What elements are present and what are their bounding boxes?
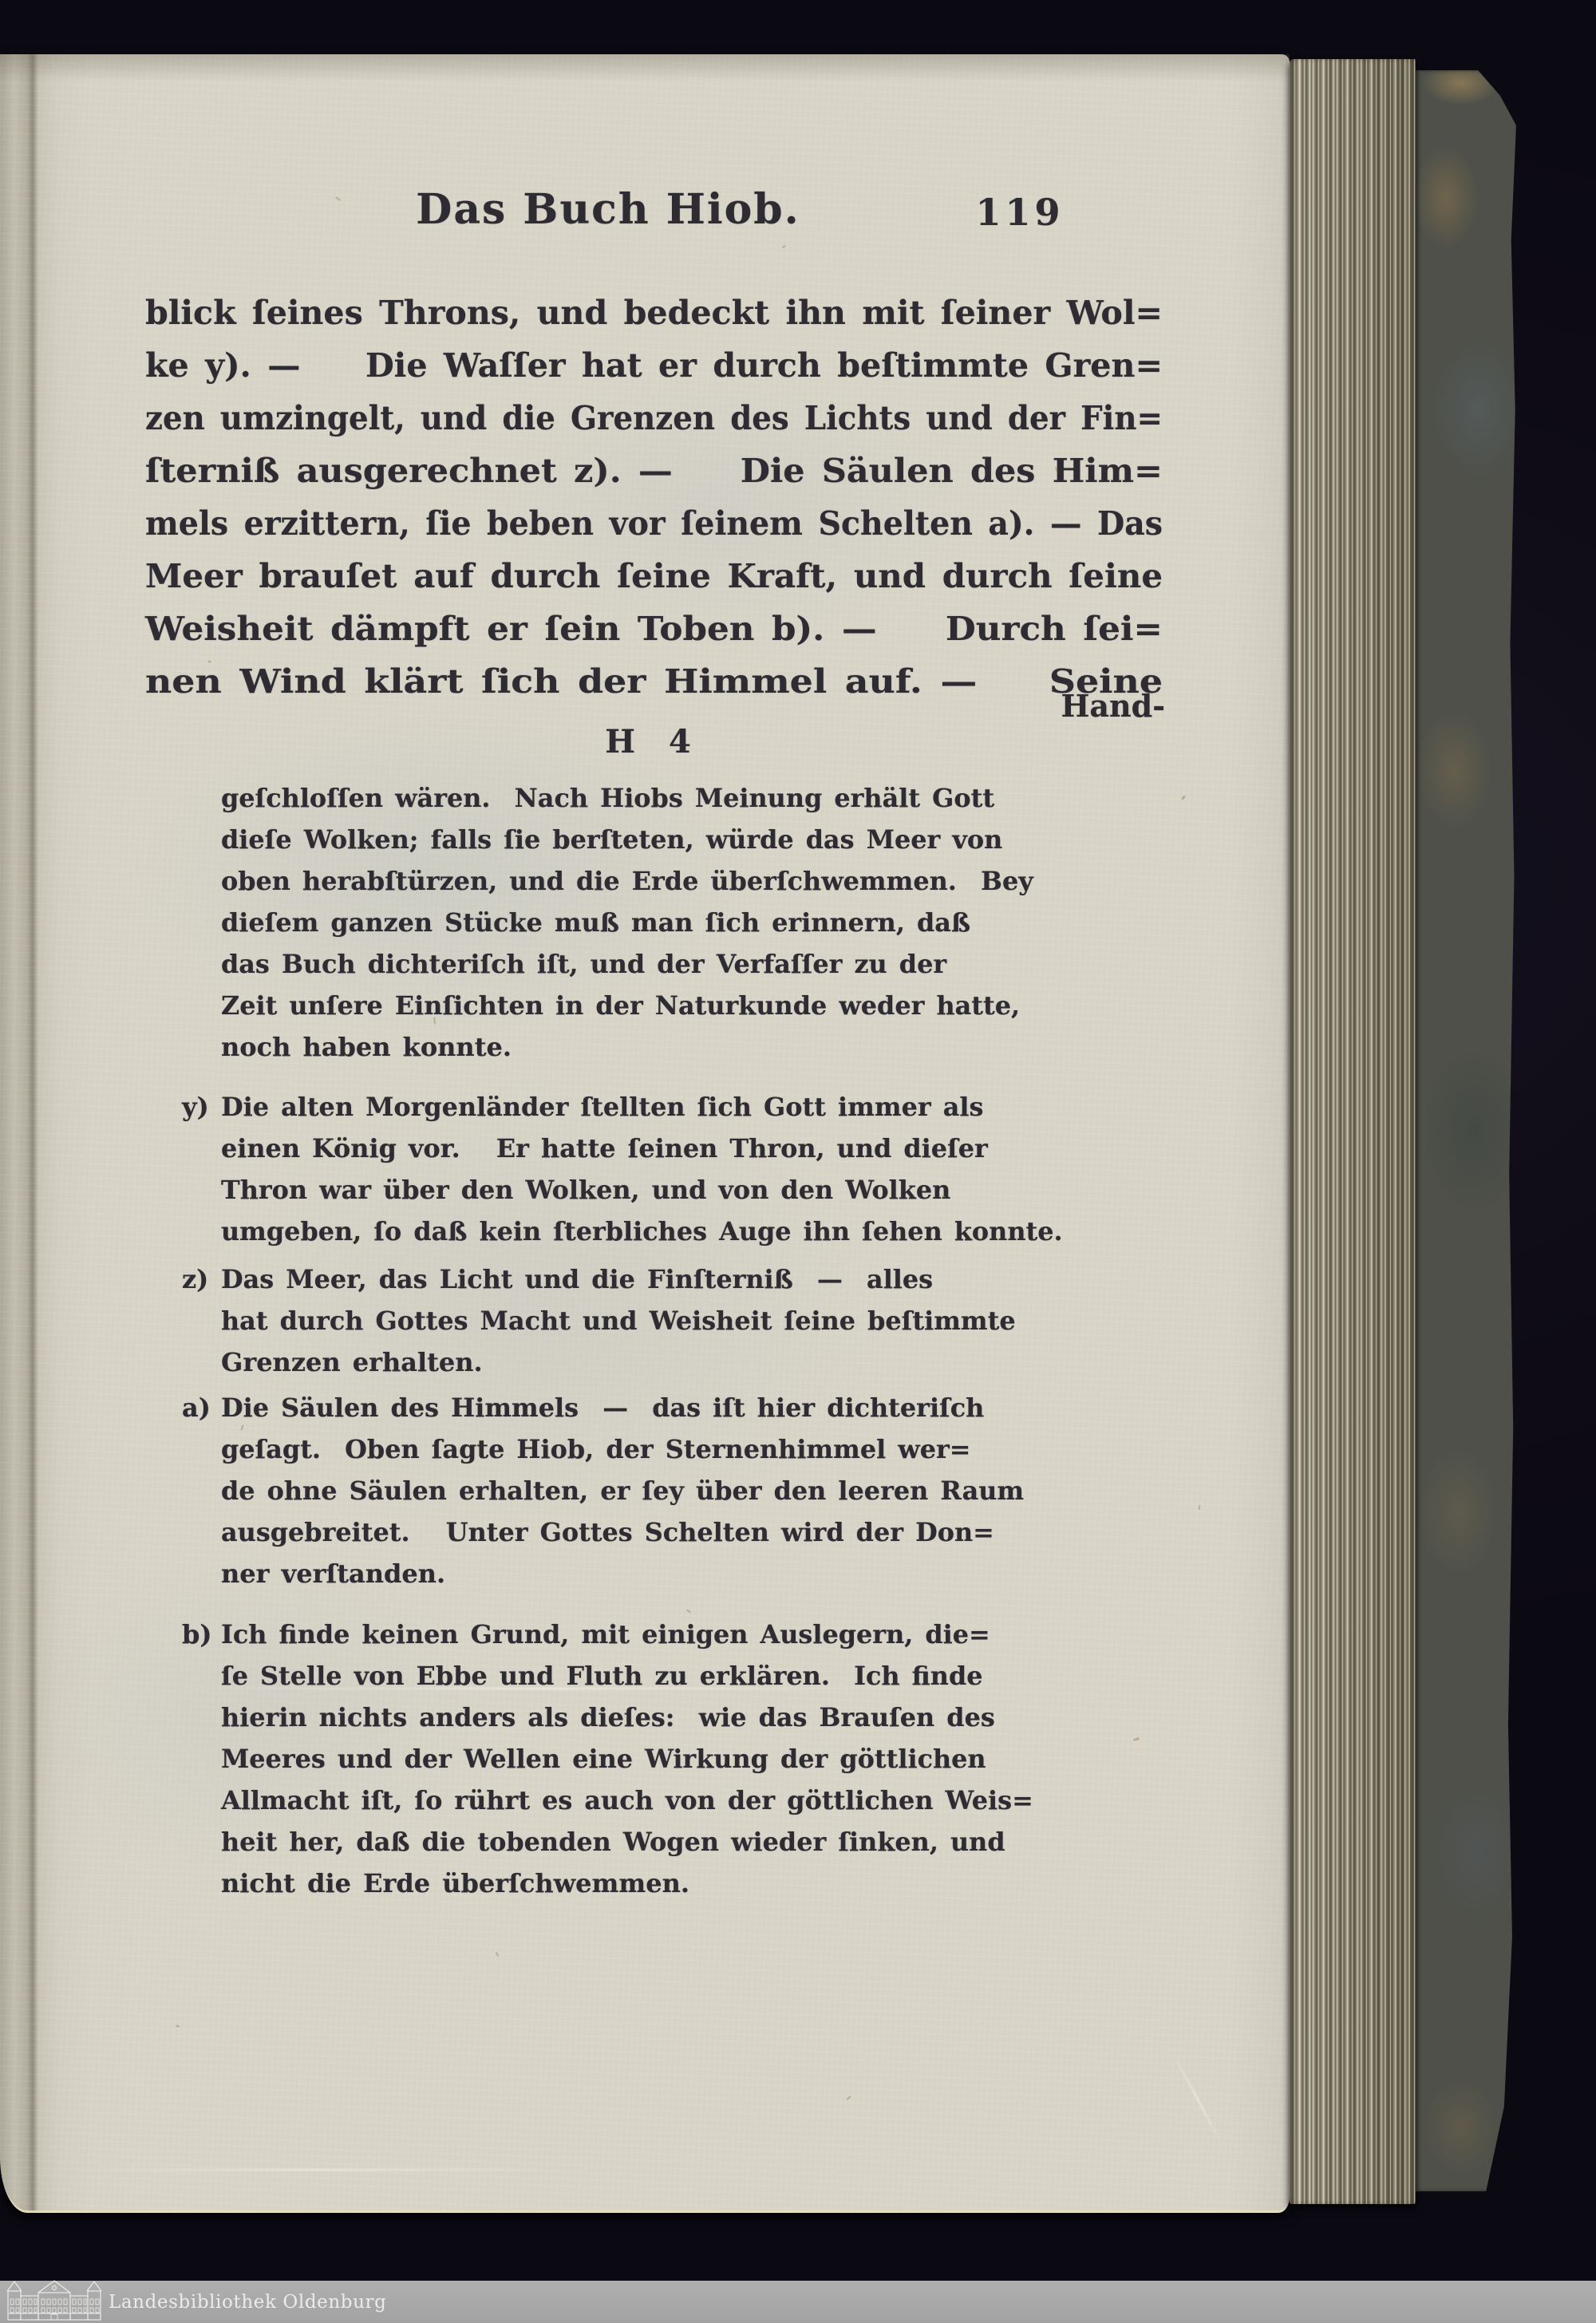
text-line: zen umzingelt, und die Grenzen des Licht… bbox=[145, 392, 1163, 444]
footnote-line: oben herabſtürzen, und die Erde überſchw… bbox=[221, 860, 1163, 902]
text-line: blick ſeines Throns, und bedeckt ihn mit… bbox=[145, 286, 1163, 339]
footnote-line: Das Meer, das Licht und die Finſterniß —… bbox=[221, 1258, 1163, 1300]
footnote-line: Die alten Morgenländer ſtellten ſich Got… bbox=[221, 1086, 1163, 1128]
footnote-line: dieſem ganzen Stücke muß man ſich erinne… bbox=[221, 902, 1163, 943]
footnote-line: ausgebreitet. Unter Gottes Schelten wird… bbox=[221, 1511, 1163, 1553]
footnote-y: Die alten Morgenländer ſtellten ſich Got… bbox=[221, 1086, 1167, 1252]
footnote-line: geſagt. Oben ſagte Hiob, der Sternenhimm… bbox=[221, 1428, 1163, 1470]
footnote-line: geſchloſſen wären. Nach Hiobs Meinung er… bbox=[221, 777, 1163, 819]
footnote-line: Grenzen erhalten. bbox=[221, 1341, 1167, 1383]
library-building-icon bbox=[6, 2275, 102, 2323]
footnote-line: Zeit unſere Einſichten in der Naturkunde… bbox=[221, 985, 1163, 1026]
footnote-line: einen König vor. Er hatte ſeinen Thron, … bbox=[221, 1128, 1163, 1169]
running-header: Das Buch Hiob. bbox=[329, 184, 887, 236]
footnote-line: noch haben konnte. bbox=[221, 1026, 1167, 1068]
footnote-marker: a) bbox=[182, 1387, 223, 1428]
text-line: Meer brauſet auf durch ſeine Kraft, und … bbox=[145, 550, 1163, 602]
main-text-block: blick ſeines Throns, und bedeckt ihn mit… bbox=[145, 286, 1167, 708]
paper-crease bbox=[64, 2169, 575, 2171]
footnote-continuation: geſchloſſen wären. Nach Hiobs Meinung er… bbox=[221, 777, 1167, 1068]
footnote-line: Thron war über den Wolken, und von den W… bbox=[221, 1169, 1163, 1211]
footnote-line: de ohne Säulen erhalten, er ſey über den… bbox=[221, 1470, 1163, 1511]
footnote-marker: b) bbox=[182, 1614, 223, 1655]
paper-crease bbox=[160, 1688, 942, 1689]
footnote-line: ſe Stelle von Ebbe und Fluth zu erklären… bbox=[221, 1655, 1163, 1697]
footnote-line: hat durch Gottes Macht und Weisheit ſein… bbox=[221, 1300, 1163, 1341]
watermark-bar: Landesbibliothek Oldenburg bbox=[0, 2281, 1596, 2323]
footnote-line: das Buch dichteriſch iſt, und der Verfaſ… bbox=[221, 943, 1163, 985]
footnote-line: nicht die Erde überſchwemmen. bbox=[221, 1863, 1167, 1904]
footnote-line: heit her, daß die tobenden Wogen wieder … bbox=[221, 1821, 1163, 1863]
footnote-line: Allmacht iſt, ſo rührt es auch von der g… bbox=[221, 1780, 1163, 1821]
footnote-line: hierin nichts anders als dieſes: wie das… bbox=[221, 1697, 1163, 1738]
book-pages-fore-edge bbox=[1290, 59, 1416, 2204]
footnote-marker: y) bbox=[182, 1086, 223, 1128]
catchword: Hand- bbox=[846, 687, 1165, 725]
book-page: Das Buch Hiob. 119 blick ſeines Throns, … bbox=[0, 54, 1290, 2213]
text-line: ke y). — Die Waſſer hat er durch beſtimm… bbox=[145, 339, 1163, 392]
footnote-marker: z) bbox=[182, 1258, 223, 1300]
footnote-line: Ich finde keinen Grund, mit einigen Ausl… bbox=[221, 1614, 1163, 1655]
signature-mark: H 4 bbox=[488, 721, 808, 763]
book-cover-edge bbox=[1416, 70, 1516, 2191]
text-line: mels erzittern, ſie beben vor ſeinem Sch… bbox=[145, 497, 1163, 550]
footnote-line: Meeres und der Wellen eine Wirkung der g… bbox=[221, 1738, 1163, 1780]
footnote-line: ner verſtanden. bbox=[221, 1553, 1167, 1594]
footnote-z: Das Meer, das Licht und die Finſterniß —… bbox=[221, 1258, 1167, 1383]
footnote-a: Die Säulen des Himmels — das iſt hier di… bbox=[221, 1387, 1167, 1594]
scanned-book-photo: { "page": { "header": { "title": "Das Bu… bbox=[0, 0, 1596, 2323]
footnote-b: Ich finde keinen Grund, mit einigen Ausl… bbox=[221, 1614, 1167, 1904]
footnote-line: Die Säulen des Himmels — das iſt hier di… bbox=[221, 1387, 1163, 1428]
text-line: Weisheit dämpft er ſein Toben b). — Durc… bbox=[145, 602, 1163, 655]
footnote-line: dieſe Wolken; falls ſie berſteten, würde… bbox=[221, 819, 1163, 860]
watermark-label: Landesbibliothek Oldenburg bbox=[109, 2292, 386, 2313]
page-number: 119 bbox=[940, 188, 1100, 236]
paper-crease bbox=[1172, 2052, 1223, 2144]
text-line: ſterniß ausgerechnet z). — Die Säulen de… bbox=[145, 444, 1163, 497]
footnote-line: umgeben, ſo daß kein ſterbliches Auge ih… bbox=[221, 1211, 1163, 1252]
